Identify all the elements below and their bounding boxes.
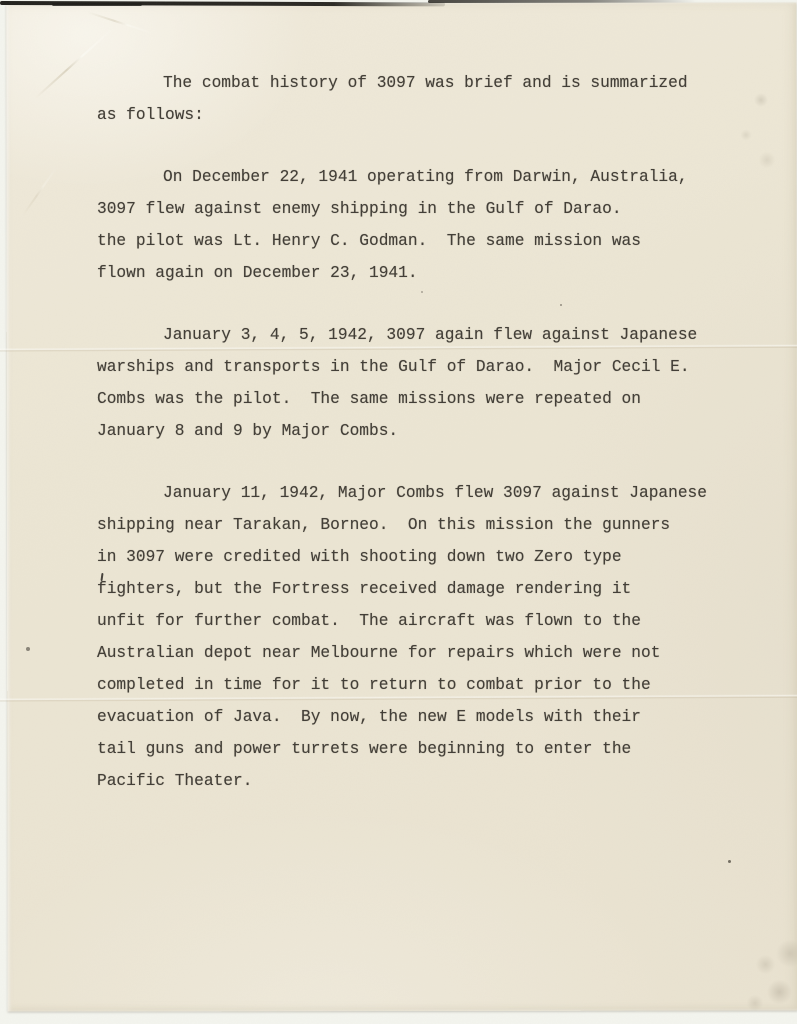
typed-line: On December 22, 1941 operating from Darw… (97, 161, 725, 193)
paragraph-december-1941-missions: On December 22, 1941 operating from Darw… (97, 161, 725, 289)
typed-line: Pacific Theater. (97, 765, 725, 797)
typed-line: the pilot was Lt. Henry C. Godman. The s… (97, 225, 725, 257)
typed-line: evacuation of Java. By now, the new E mo… (97, 701, 725, 733)
typed-line: shipping near Tarakan, Borneo. On this m… (97, 509, 725, 541)
paragraph-january-early-1942-missions: January 3, 4, 5, 1942, 3097 again flew a… (97, 319, 725, 447)
scanned-document-page: The combat history of 3097 was brief and… (0, 0, 797, 1024)
scan-top-edge-shadow (52, 3, 142, 6)
paragraph-january-11-1942-final-mission: January 11, 1942, Major Combs flew 3097 … (97, 477, 725, 797)
typed-line: Australian depot near Melbourne for repa… (97, 637, 725, 669)
typed-line: January 3, 4, 5, 1942, 3097 again flew a… (97, 319, 725, 351)
typed-line: unfit for further combat. The aircraft w… (97, 605, 725, 637)
typed-line: The combat history of 3097 was brief and… (97, 67, 725, 99)
typed-line: January 11, 1942, Major Combs flew 3097 … (97, 477, 725, 509)
typed-line: flown again on December 23, 1941. (97, 257, 725, 289)
typed-line: warships and transports in the Gulf of D… (97, 351, 725, 383)
typed-text-block: The combat history of 3097 was brief and… (97, 67, 725, 797)
typed-line: tail guns and power turrets were beginni… (97, 733, 725, 765)
typed-line: 3097 flew against enemy shipping in the … (97, 193, 725, 225)
typed-line: Combs was the pilot. The same missions w… (97, 383, 725, 415)
typed-line: completed in time for it to return to co… (97, 669, 725, 701)
typed-line: as follows: (97, 99, 725, 131)
paragraph-summary-intro: The combat history of 3097 was brief and… (97, 67, 725, 131)
typed-line: January 8 and 9 by Major Combs. (97, 415, 725, 447)
typed-line: fighters, but the Fortress received dama… (97, 573, 725, 605)
typed-line: in 3097 were credited with shooting down… (97, 541, 725, 573)
